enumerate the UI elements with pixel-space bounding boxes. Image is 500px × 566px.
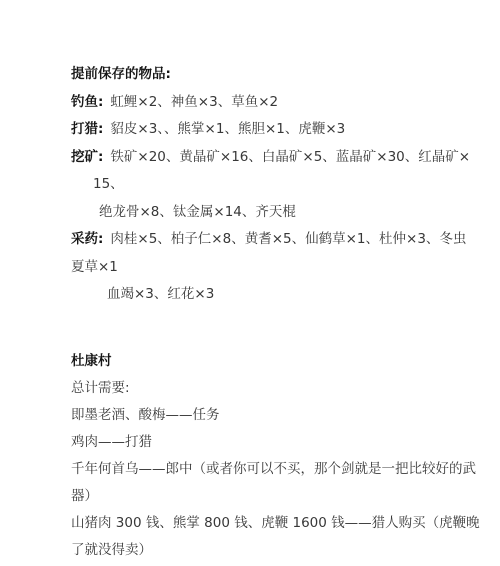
line-text: 鸡肉——打猎 xyxy=(71,434,152,450)
line-herbs-cont-1: 夏草×1 xyxy=(71,254,470,282)
line-text: 千年何首乌——郎中（或者你可以不买，那个剑就是一把比较好的武 xyxy=(71,461,476,477)
line-text: 血竭×3、红花×3 xyxy=(107,286,214,302)
line-task-items: 即墨老酒、酸梅——任务 xyxy=(71,402,480,429)
line-heshouwu: 千年何首乌——郎中（或者你可以不买，那个剑就是一把比较好的武 xyxy=(71,456,480,483)
line-presaved-title: 提前保存的物品: xyxy=(71,61,470,89)
line-text: 貂皮×3、、熊掌×1、熊胆×1、虎鞭×3 xyxy=(110,121,345,137)
line-label: 挖矿: xyxy=(71,149,103,165)
line-text: 绝龙骨×8、钛金属×14、齐天棍 xyxy=(99,204,296,220)
line-hunter-purchase-cont: 了就没得卖） xyxy=(71,537,480,564)
line-herbs: 采药:肉桂×5、柏子仁×8、黄耆×5、仙鹤草×1、杜仲×3、冬虫 xyxy=(71,226,470,254)
line-label: 钓鱼: xyxy=(71,94,103,110)
line-mining-cont-1: 15、 xyxy=(71,171,470,199)
line-label: 打猎: xyxy=(71,121,103,137)
line-heshouwu-cont: 器） xyxy=(71,483,480,510)
line-chicken-hunting: 鸡肉——打猎 xyxy=(71,429,480,456)
line-text: 肉桂×5、柏子仁×8、黄耆×5、仙鹤草×1、杜仲×3、冬虫 xyxy=(110,231,466,247)
line-fishing: 钓鱼:虹鲤×2、神鱼×3、草鱼×2 xyxy=(71,89,470,117)
line-herbs-cont-2: 血竭×3、红花×3 xyxy=(71,281,470,309)
line-text: 器） xyxy=(71,488,98,504)
line-text: 铁矿×20、黄晶矿×16、白晶矿×5、蓝晶矿×30、红晶矿× xyxy=(110,149,470,165)
section-heading: 杜康村 xyxy=(71,353,112,369)
line-hunter-purchase: 山猪肉 300 钱、熊掌 800 钱、虎鞭 1600 钱——猎人购买（虎鞭晚 xyxy=(71,510,480,537)
line-mining-cont-2: 绝龙骨×8、钛金属×14、齐天棍 xyxy=(71,199,470,227)
line-text: 即墨老酒、酸梅——任务 xyxy=(71,407,220,423)
line-text: 总计需要: xyxy=(71,380,130,396)
line-mining: 挖矿:铁矿×20、黄晶矿×16、白晶矿×5、蓝晶矿×30、红晶矿× xyxy=(71,144,470,172)
line-text: 虹鲤×2、神鱼×3、草鱼×2 xyxy=(110,94,278,110)
line-text: 夏草×1 xyxy=(71,259,118,275)
dukang-village-section: 杜康村 总计需要: 即墨老酒、酸梅——任务 鸡肉——打猎 千年何首乌——郎中（或… xyxy=(71,348,480,564)
line-text: 山猪肉 300 钱、熊掌 800 钱、虎鞭 1600 钱——猎人购买（虎鞭晚 xyxy=(71,515,480,531)
line-label: 采药: xyxy=(71,231,103,247)
line-text: 15、 xyxy=(93,176,124,192)
pre-saved-items-section: 提前保存的物品: 钓鱼:虹鲤×2、神鱼×3、草鱼×2 打猎:貂皮×3、、熊掌×1… xyxy=(71,61,470,309)
line-text: 了就没得卖） xyxy=(71,542,152,558)
document-page: 提前保存的物品: 钓鱼:虹鲤×2、神鱼×3、草鱼×2 打猎:貂皮×3、、熊掌×1… xyxy=(0,0,500,566)
section-heading: 提前保存的物品: xyxy=(71,66,171,82)
line-village-title: 杜康村 xyxy=(71,348,480,375)
line-total-needed: 总计需要: xyxy=(71,375,480,402)
line-hunting: 打猎:貂皮×3、、熊掌×1、熊胆×1、虎鞭×3 xyxy=(71,116,470,144)
